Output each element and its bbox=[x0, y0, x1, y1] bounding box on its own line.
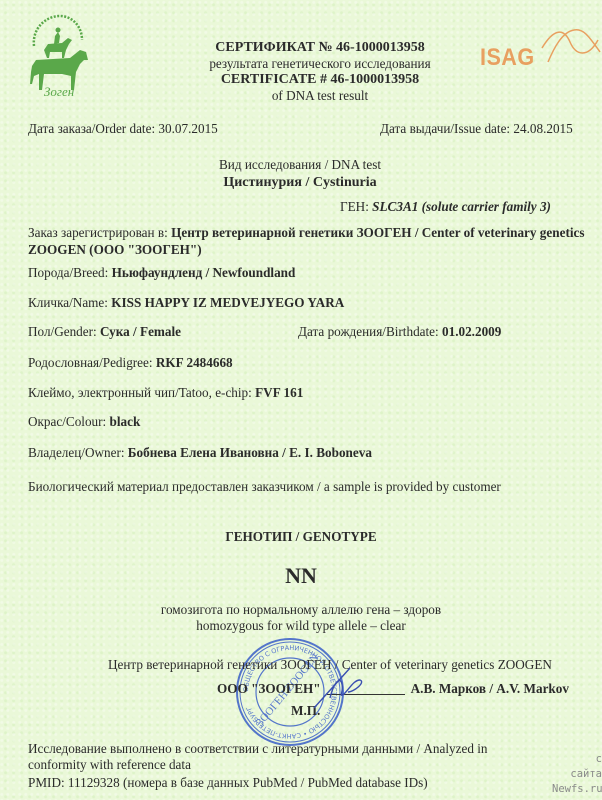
title-en-sub: of DNA test result bbox=[180, 88, 460, 104]
field-pedigree: Родословная/Pedigree: RKF 2484668 bbox=[28, 355, 233, 371]
order-date-value: 30.07.2015 bbox=[158, 121, 217, 136]
signature-icon bbox=[310, 662, 370, 712]
genotype-desc-en: homozygous for wild type allele – clear bbox=[0, 618, 602, 634]
gene-value: SLC3A1 (solute carrier family 3) bbox=[372, 199, 551, 214]
birthdate-label: Дата рождения/Birthdate: bbox=[298, 324, 442, 339]
genotype-description: гомозигота по нормальному аллелю гена – … bbox=[0, 602, 602, 634]
issuer-org-line: ООО "ЗООГЕН"А.В. Марков / A.V. Markov bbox=[217, 681, 569, 697]
chip-value: FVF 161 bbox=[255, 385, 303, 400]
field-gender: Пол/Gender: Сука / Female bbox=[28, 324, 181, 340]
dna-test: Вид исследования / DNA test Цистинурия /… bbox=[150, 156, 450, 192]
name-label: Кличка/Name: bbox=[28, 295, 111, 310]
issue-date: Дата выдачи/Issue date: 24.08.2015 bbox=[380, 121, 573, 137]
genotype-desc-ru: гомозигота по нормальному аллелю гена – … bbox=[0, 602, 602, 618]
gene: ГЕН: SLC3A1 (solute carrier family 3) bbox=[340, 199, 551, 215]
gene-label: ГЕН: bbox=[340, 199, 372, 214]
logo-text: Зоген bbox=[44, 84, 74, 100]
colour-value: black bbox=[110, 414, 141, 429]
pmid-reference: PMID: 11129328 (номера в базе данных Pub… bbox=[28, 775, 428, 791]
analysis-note: Исследование выполнено в соответствии с … bbox=[28, 741, 548, 773]
dna-test-label: Вид исследования / DNA test bbox=[150, 156, 450, 174]
sample-note: Биологический материал предоставлен зака… bbox=[28, 479, 501, 495]
title-ru: СЕРТИФИКАТ № 46-1000013958 bbox=[180, 40, 460, 56]
chip-label: Клеймо, электронный чип/Tatoo, e-chip: bbox=[28, 385, 255, 400]
issuer-org: ООО "ЗООГЕН" bbox=[217, 681, 321, 696]
birthdate-value: 01.02.2009 bbox=[442, 324, 501, 339]
issue-date-value: 24.08.2015 bbox=[513, 121, 572, 136]
field-chip: Клеймо, электронный чип/Tatoo, e-chip: F… bbox=[28, 385, 303, 401]
registered-label: Заказ зарегистрирован в: bbox=[28, 225, 171, 240]
genotype-heading: ГЕНОТИП / GENOTYPE bbox=[0, 529, 602, 545]
pedigree-label: Родословная/Pedigree: bbox=[28, 355, 156, 370]
dna-test-name: Цистинурия / Cystinuria bbox=[150, 174, 450, 192]
field-name: Кличка/Name: KISS HAPPY IZ MEDVEJYEGO YA… bbox=[28, 295, 344, 311]
signer-name: А.В. Марков / A.V. Markov bbox=[411, 681, 569, 696]
name-value: KISS HAPPY IZ MEDVEJYEGO YARA bbox=[111, 295, 344, 310]
issue-date-label: Дата выдачи/Issue date: bbox=[380, 121, 513, 136]
watermark-line3: Newfs.ru bbox=[552, 782, 602, 797]
site-watermark: с сайта Newfs.ru bbox=[552, 752, 602, 797]
field-colour: Окрас/Colour: black bbox=[28, 414, 140, 430]
gender-value: Сука / Female bbox=[100, 324, 181, 339]
certificate-title: СЕРТИФИКАТ № 46-1000013958 результата ге… bbox=[180, 40, 460, 104]
owner-label: Владелец/Owner: bbox=[28, 445, 128, 460]
genotype-value: NN bbox=[0, 563, 602, 589]
isag-logo: ISAG bbox=[480, 44, 535, 72]
field-breed: Порода/Breed: Ньюфаундленд / Newfoundlan… bbox=[28, 265, 295, 281]
colour-label: Окрас/Colour: bbox=[28, 414, 110, 429]
breed-value: Ньюфаундленд / Newfoundland bbox=[112, 265, 296, 280]
order-date-label: Дата заказа/Order date: bbox=[28, 121, 158, 136]
registered-at: Заказ зарегистрирован в: Центр ветеринар… bbox=[28, 224, 588, 258]
owner-value: Бобнева Елена Ивановна / E. I. Boboneva bbox=[128, 445, 372, 460]
dna-helix-decoration-icon bbox=[540, 18, 602, 66]
watermark-line2: сайта bbox=[552, 767, 602, 782]
watermark-line1: с bbox=[552, 752, 602, 767]
field-birthdate: Дата рождения/Birthdate: 01.02.2009 bbox=[298, 324, 501, 340]
field-owner: Владелец/Owner: Бобнева Елена Ивановна /… bbox=[28, 445, 372, 461]
title-en: CERTIFICATE # 46-1000013958 bbox=[180, 72, 460, 88]
gender-label: Пол/Gender: bbox=[28, 324, 100, 339]
pedigree-value: RKF 2484668 bbox=[156, 355, 233, 370]
breed-label: Порода/Breed: bbox=[28, 265, 112, 280]
title-ru-sub: результата генетического исследования bbox=[180, 56, 460, 72]
order-date: Дата заказа/Order date: 30.07.2015 bbox=[28, 121, 218, 137]
